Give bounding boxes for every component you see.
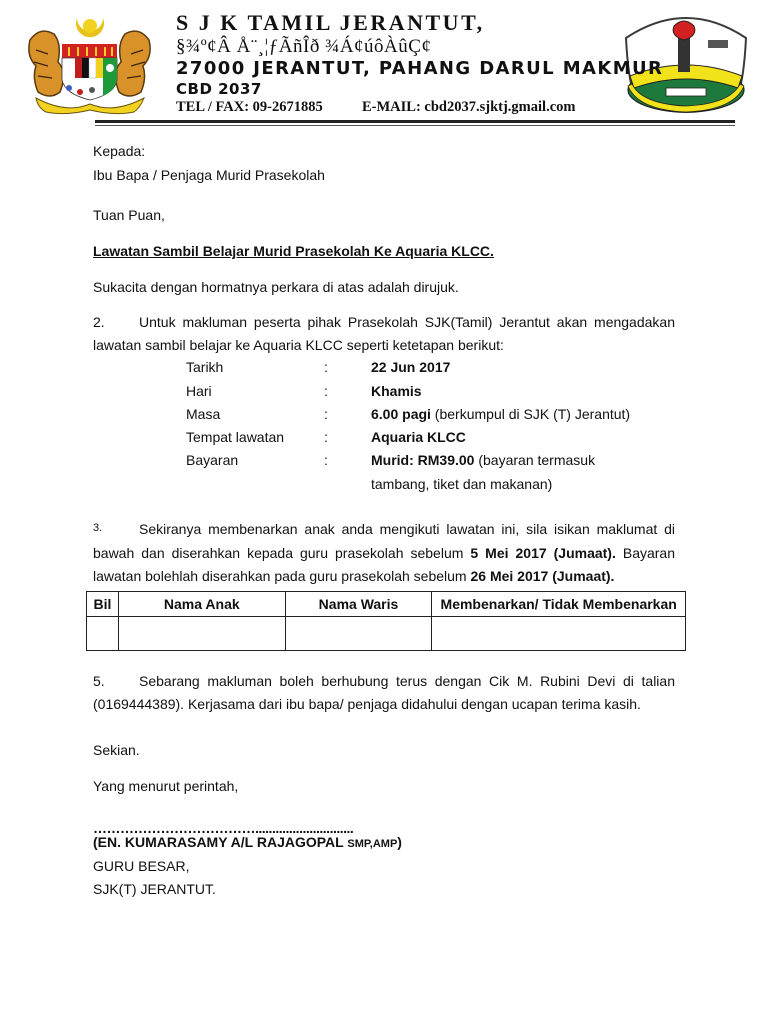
- cell-nama-waris[interactable]: [285, 617, 432, 651]
- to-label: Kepada:: [93, 143, 145, 159]
- detail-colon: :: [324, 406, 328, 422]
- detail-label: Masa: [186, 406, 220, 422]
- opening-line: Sukacita dengan hormatnya perkara di ata…: [93, 279, 459, 295]
- signatory-school: SJK(T) JERANTUT.: [93, 881, 216, 897]
- para3-line1: Sekiranya membenarkan anak anda mengikut…: [139, 521, 675, 537]
- detail-value-continuation: tambang, tiket dan makanan): [371, 476, 552, 492]
- detail-value: Murid: RM39.00 (bayaran termasuk: [371, 452, 595, 468]
- detail-value: Aquaria KLCC: [371, 429, 466, 445]
- table-row: [87, 617, 686, 651]
- closing-2: Yang menurut perintah,: [93, 778, 238, 794]
- recipient: Ibu Bapa / Penjaga Murid Prasekolah: [93, 167, 325, 183]
- email: E-MAIL: cbd2037.sjktj.gmail.com: [362, 99, 575, 116]
- column-header-consent: Membenarkan/ Tidak Membenarkan: [432, 592, 686, 617]
- table-header-row: Bil Nama Anak Nama Waris Membenarkan/ Ti…: [87, 592, 686, 617]
- cell-bil[interactable]: [87, 617, 119, 651]
- malaysia-coat-of-arms-icon: [22, 10, 157, 115]
- school-name-tamil: §¾º¢Â Å¨¸¦ƒÃñÎð ¾Á¢úôÀûÇ¢: [176, 36, 431, 58]
- para3-line2: bawah dan diserahkan kepada guru praseko…: [93, 545, 675, 561]
- closing: Sekian.: [93, 742, 140, 758]
- detail-label: Hari: [186, 383, 212, 399]
- column-header-nama-anak: Nama Anak: [118, 592, 285, 617]
- para3-line3: lawatan bolehlah diserahkan pada guru pr…: [93, 568, 614, 584]
- detail-label: Tarikh: [186, 359, 223, 375]
- para3-number: 3.: [93, 522, 102, 534]
- detail-value: Khamis: [371, 383, 422, 399]
- column-header-nama-waris: Nama Waris: [285, 592, 432, 617]
- header-rule-thick: [95, 120, 735, 123]
- detail-colon: :: [324, 383, 328, 399]
- header-rule-thin: [95, 125, 735, 126]
- detail-label: Bayaran: [186, 452, 238, 468]
- para2-line1: Untuk makluman peserta pihak Prasekolah …: [139, 314, 675, 330]
- tel-fax: TEL / FAX: 09-2671885: [176, 99, 323, 116]
- salutation: Tuan Puan,: [93, 207, 165, 223]
- detail-label: Tempat lawatan: [186, 429, 284, 445]
- signatory-name: (EN. KUMARASAMY A/L RAJAGOPAL SMP,AMP): [93, 834, 402, 850]
- para5-number: 5.: [93, 673, 105, 689]
- detail-colon: :: [324, 359, 328, 375]
- para5-line2: (0169444389). Kerjasama dari ibu bapa/ p…: [93, 696, 641, 712]
- detail-colon: :: [324, 429, 328, 445]
- cell-consent[interactable]: [432, 617, 686, 651]
- para2-line2: lawatan sambil belajar ke Aquaria KLCC s…: [93, 337, 504, 353]
- detail-value: 22 Jun 2017: [371, 359, 450, 375]
- detail-colon: :: [324, 452, 328, 468]
- school-address: 27000 JERANTUT, PAHANG DARUL MAKMUR: [176, 58, 663, 79]
- cell-nama-anak[interactable]: [118, 617, 285, 651]
- para5-line1: Sebarang makluman boleh berhubung terus …: [139, 673, 675, 689]
- column-header-bil: Bil: [87, 592, 119, 617]
- detail-value: 6.00 pagi (berkumpul di SJK (T) Jerantut…: [371, 406, 630, 422]
- school-code: CBD 2037: [176, 80, 262, 98]
- para2-number: 2.: [93, 314, 105, 330]
- consent-form-table: Bil Nama Anak Nama Waris Membenarkan/ Ti…: [86, 591, 686, 651]
- school-name: S J K TAMIL JERANTUT,: [176, 10, 485, 36]
- subject: Lawatan Sambil Belajar Murid Prasekolah …: [93, 243, 494, 259]
- signatory-position: GURU BESAR,: [93, 858, 189, 874]
